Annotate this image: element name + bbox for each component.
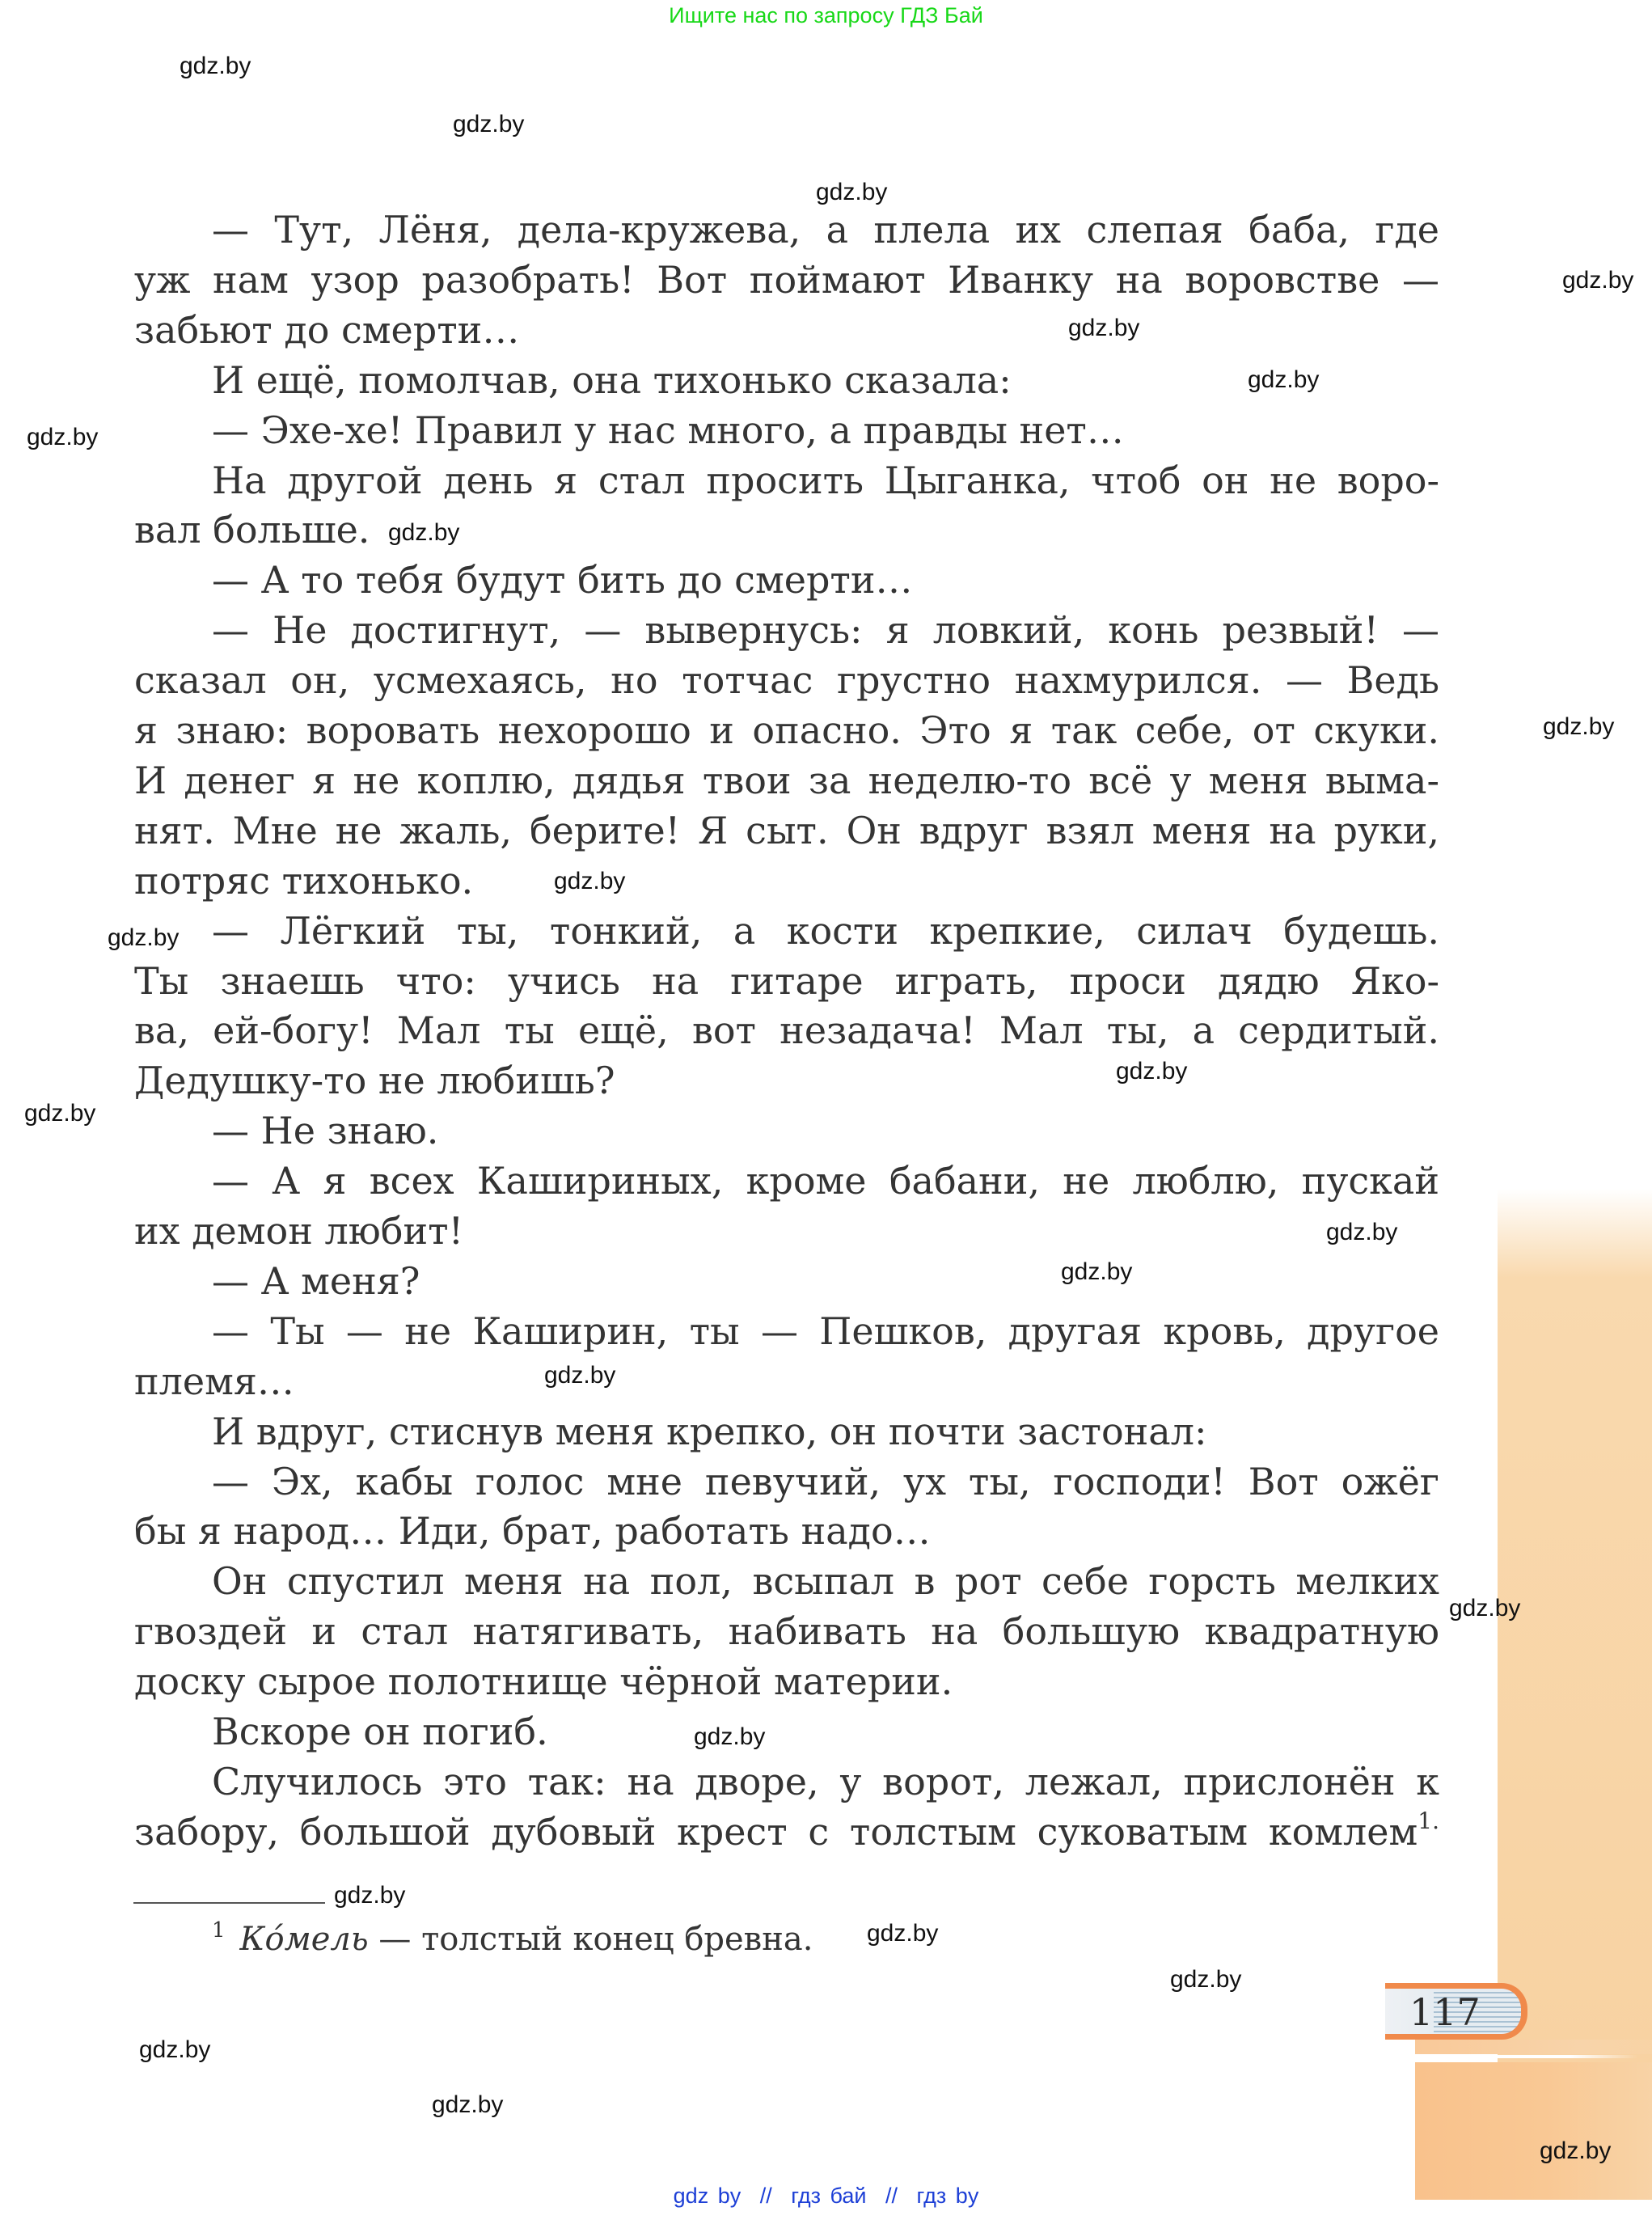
text-line: И вдруг, стиснув меня крепко, он почти з… bbox=[212, 1406, 1439, 1457]
text-line: — Тут, Лёня, дела-кружева, а плела их сл… bbox=[212, 205, 1439, 255]
text-line-content: забьют до смерти… bbox=[134, 308, 519, 352]
text-line-content: вал больше. bbox=[134, 508, 370, 552]
text-line-content: потряс тихонько. bbox=[134, 859, 473, 903]
text-line-content: — Лёгкий ты, тонкий, а кости крепкие, си… bbox=[212, 909, 1439, 953]
footnote-definition: — толстый конец бревна. bbox=[369, 1921, 813, 1958]
text-line: потряс тихонько. bbox=[134, 856, 1439, 906]
text-line: бы я народ… Иди, брат, работать надо… bbox=[134, 1506, 1439, 1556]
text-line: — Не достигнут, — вывернусь: я ловкий, к… bbox=[212, 605, 1439, 655]
footnote-number: 1 bbox=[212, 1918, 226, 1943]
text-line-content: ва, ей-богу! Мал ты ещё, вот незадача! М… bbox=[134, 1008, 1439, 1052]
text-line: гвоздей и стал натягивать, набивать на б… bbox=[134, 1606, 1439, 1656]
text-line: уж нам узор разобрать! Вот поймают Иванк… bbox=[134, 255, 1439, 305]
text-line-content: — Ты — не Каширин, ты — Пешков, другая к… bbox=[212, 1309, 1439, 1353]
watermark-text: gdz.by bbox=[1248, 366, 1319, 394]
text-line-content: уж нам узор разобрать! Вот поймают Иванк… bbox=[134, 258, 1439, 302]
watermark-text: gdz.by bbox=[544, 1362, 615, 1389]
watermark-text: gdz.by bbox=[1562, 267, 1633, 294]
text-line: — Не знаю. bbox=[212, 1106, 1439, 1156]
text-line: ва, ей-богу! Мал ты ещё, вот незадача! М… bbox=[134, 1005, 1439, 1055]
text-line-content: Он спустил меня на пол, всыпал в рот себ… bbox=[212, 1559, 1439, 1603]
margin-band-decoration bbox=[1415, 2040, 1652, 2054]
text-line-content: нят. Мне не жаль, берите! Я сыт. Он вдру… bbox=[134, 809, 1439, 852]
footnote-reference: 1. bbox=[1418, 1808, 1439, 1834]
watermark-text: gdz.by bbox=[1449, 1595, 1520, 1622]
text-line: нят. Мне не жаль, берите! Я сыт. Он вдру… bbox=[134, 805, 1439, 856]
text-line-content: гвоздей и стал натягивать, набивать на б… bbox=[134, 1609, 1439, 1653]
footnote: 1Ко́мель — толстый конец бревна. bbox=[212, 1917, 813, 1962]
text-line: сказал он, усмехаясь, но тотчас грустно … bbox=[134, 655, 1439, 705]
watermark-text: gdz.by bbox=[453, 111, 524, 138]
text-line: Он спустил меня на пол, всыпал в рот себ… bbox=[212, 1556, 1439, 1606]
text-line-content: я знаю: воровать нехорошо и опасно. Это … bbox=[134, 708, 1439, 752]
text-line-content: — А то тебя будут бить до смерти… bbox=[212, 558, 913, 602]
text-line-content: — Эх, кабы голос мне певучий, ух ты, гос… bbox=[212, 1460, 1439, 1503]
text-line-content: племя… bbox=[134, 1359, 294, 1403]
text-line-content: доску сырое полотнище чёрной материи. bbox=[134, 1660, 953, 1703]
text-line: — Эхе-хе! Правил у нас много, а правды н… bbox=[212, 405, 1439, 455]
watermark-text: gdz.by bbox=[1068, 315, 1139, 342]
text-line-content: На другой день я стал просить Цыганка, ч… bbox=[212, 459, 1439, 502]
text-line-content: сказал он, усмехаясь, но тотчас грустно … bbox=[134, 658, 1439, 702]
text-line-content: Дедушку-то не любишь? bbox=[134, 1059, 615, 1102]
search-hint-banner: Ищите нас по запросу ГДЗ Бай bbox=[0, 3, 1652, 28]
text-line: забору, большой дубовый крест с толстым … bbox=[134, 1807, 1439, 1857]
watermark-text: gdz.by bbox=[1326, 1219, 1397, 1246]
watermark-text: gdz.by bbox=[816, 179, 887, 206]
text-line-content: — А я всех Кашириных, кроме бабани, не л… bbox=[212, 1159, 1439, 1203]
text-line: — Эх, кабы голос мне певучий, ух ты, гос… bbox=[212, 1457, 1439, 1507]
watermark-text: gdz.by bbox=[27, 424, 98, 451]
link-gdz-by[interactable]: gdz by bbox=[674, 2184, 741, 2208]
text-line: Ты знаешь что: учись на гитаре играть, п… bbox=[134, 956, 1439, 1006]
text-line: их демон любит! bbox=[134, 1206, 1439, 1256]
text-line-content: И денег я не коплю, дядья твои за неделю… bbox=[134, 759, 1439, 802]
footnote-term: Ко́мель bbox=[240, 1921, 369, 1958]
text-line-content: И ещё, помолчав, она тихонько сказала: bbox=[212, 358, 1012, 402]
link-separator: // bbox=[760, 2184, 772, 2208]
text-line: — Лёгкий ты, тонкий, а кости крепкие, си… bbox=[212, 906, 1439, 956]
link-gdz-bai[interactable]: гдз бай bbox=[791, 2184, 866, 2208]
watermark-text: gdz.by bbox=[334, 1882, 405, 1909]
text-line: На другой день я стал просить Цыганка, ч… bbox=[212, 455, 1439, 505]
text-line: Вскоре он погиб. bbox=[212, 1706, 1439, 1757]
link-separator: // bbox=[885, 2184, 898, 2208]
text-line: — А я всех Кашириных, кроме бабани, не л… bbox=[212, 1156, 1439, 1206]
watermark-text: gdz.by bbox=[1540, 2137, 1611, 2165]
link-gdz-by-cyr[interactable]: гдз by bbox=[917, 2184, 979, 2208]
watermark-text: gdz.by bbox=[694, 1723, 765, 1751]
watermark-text: gdz.by bbox=[1116, 1058, 1187, 1085]
text-line: забьют до смерти… bbox=[134, 305, 1439, 355]
text-line-content: бы я народ… Иди, брат, работать надо… bbox=[134, 1509, 931, 1553]
watermark-text: gdz.by bbox=[180, 53, 251, 80]
text-line: Случилось это так: на дворе, у ворот, ле… bbox=[212, 1757, 1439, 1807]
page-number: 117 bbox=[1409, 1989, 1481, 2034]
text-line: племя… bbox=[134, 1356, 1439, 1406]
text-line-content: Случилось это так: на дворе, у ворот, ле… bbox=[212, 1760, 1439, 1803]
watermark-text: gdz.by bbox=[388, 519, 459, 547]
watermark-text: gdz.by bbox=[139, 2036, 210, 2064]
text-line: И денег я не коплю, дядья твои за неделю… bbox=[134, 755, 1439, 805]
text-line-content: Ты знаешь что: учись на гитаре играть, п… bbox=[134, 959, 1439, 1003]
text-line-content: — Тут, Лёня, дела-кружева, а плела их сл… bbox=[212, 208, 1439, 252]
text-line-content: Вскоре он погиб. bbox=[212, 1710, 548, 1753]
text-line-content: их демон любит! bbox=[134, 1209, 463, 1253]
margin-lower-decoration bbox=[1415, 2062, 1652, 2200]
text-line: вал больше. bbox=[134, 505, 1439, 555]
text-line-content: — Не достигнут, — вывернусь: я ловкий, к… bbox=[212, 608, 1439, 652]
text-line: доску сырое полотнище чёрной материи. bbox=[134, 1656, 1439, 1706]
text-line-content: — Эхе-хе! Правил у нас много, а правды н… bbox=[212, 408, 1124, 452]
watermark-text: gdz.by bbox=[24, 1100, 95, 1127]
text-line: Дедушку-то не любишь? bbox=[134, 1055, 1439, 1106]
watermark-text: gdz.by bbox=[554, 868, 625, 895]
watermark-text: gdz.by bbox=[1543, 713, 1614, 741]
text-line: — А то тебя будут бить до смерти… bbox=[212, 555, 1439, 605]
watermark-text: gdz.by bbox=[108, 924, 179, 952]
page-number-book-icon: 117 bbox=[1385, 1983, 1529, 2040]
watermark-text: gdz.by bbox=[1061, 1258, 1132, 1286]
watermark-text: gdz.by bbox=[867, 1920, 938, 1947]
text-line-content: — А меня? bbox=[212, 1259, 420, 1303]
text-line: — А меня? bbox=[212, 1256, 1439, 1306]
text-line-content: забору, большой дубовый крест с толстым … bbox=[134, 1810, 1418, 1854]
watermark-text: gdz.by bbox=[432, 2091, 503, 2119]
watermark-text: gdz.by bbox=[1170, 1966, 1241, 1994]
footnote-divider bbox=[133, 1902, 325, 1904]
bottom-links: gdz by // гдз бай // гдз by bbox=[0, 2184, 1652, 2209]
text-line: я знаю: воровать нехорошо и опасно. Это … bbox=[134, 705, 1439, 755]
text-line-content: И вдруг, стиснув меня крепко, он почти з… bbox=[212, 1410, 1206, 1453]
text-line-content: — Не знаю. bbox=[212, 1109, 438, 1152]
margin-line-decoration bbox=[1415, 2055, 1637, 2058]
text-line: — Ты — не Каширин, ты — Пешков, другая к… bbox=[212, 1306, 1439, 1356]
